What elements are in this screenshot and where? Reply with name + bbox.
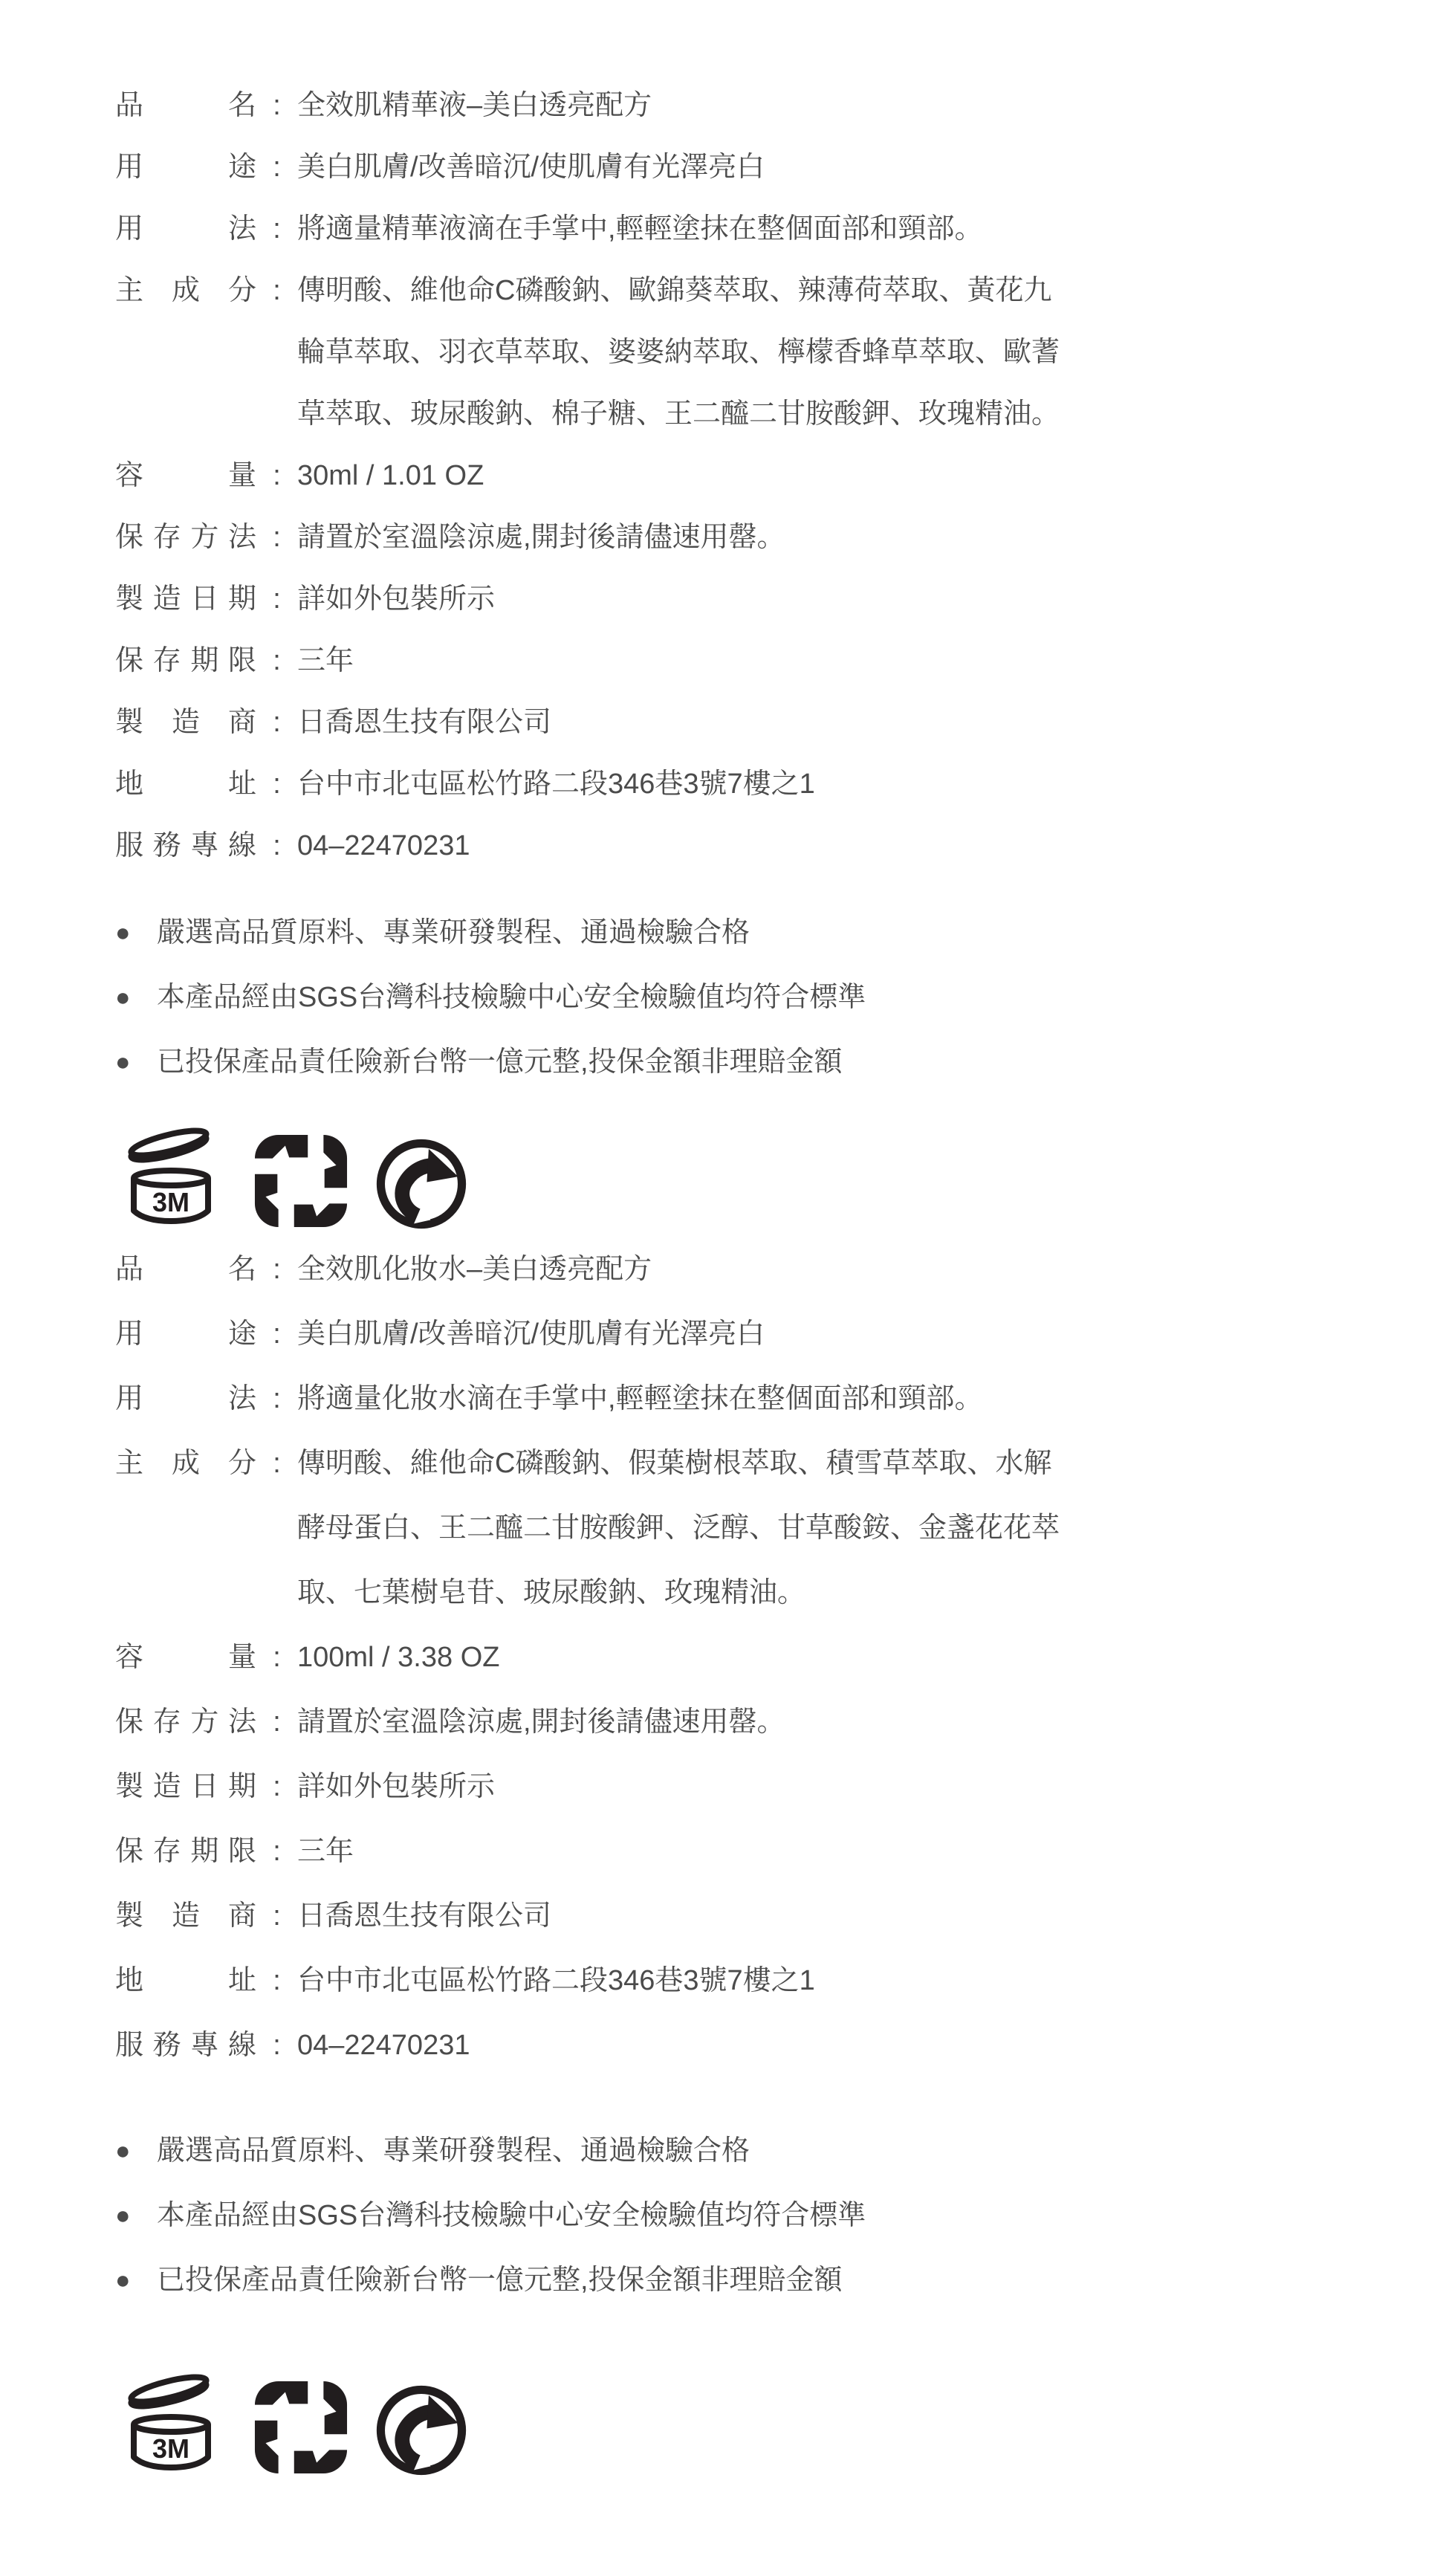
product-section-toner: 品名:全效肌化妝水–美白透亮配方用途:美白肌膚/改善暗沉/使肌膚有光澤亮白用法:…	[115, 1237, 1446, 2476]
colon-separator: :	[256, 815, 297, 877]
field-label: 主成分	[115, 1431, 256, 1496]
bullet-item: ●嚴選高品質原料、專業研發製程、通過檢驗合格	[115, 901, 1446, 965]
field-value: 請置於室溫陰涼處,開封後請儘速用罄。	[297, 507, 1074, 569]
bullet-dot-icon: ●	[115, 1030, 157, 1095]
info-row: 主成分:傳明酸、維他命C磷酸鈉、歐錦葵萃取、辣薄荷萃取、黃花九輪草萃取、羽衣草萃…	[115, 260, 1446, 445]
field-label: 保存方法	[115, 1690, 256, 1755]
field-value: 全效肌化妝水–美白透亮配方	[297, 1237, 1074, 1302]
field-label: 品名	[115, 75, 256, 137]
colon-separator: :	[256, 692, 297, 754]
colon-separator: :	[256, 1690, 297, 1755]
field-value: 詳如外包裝所示	[297, 569, 1074, 630]
bullet-item: ●本產品經由SGS台灣科技檢驗中心安全檢驗值均符合標準	[115, 965, 1446, 1030]
pao-months-label: 3M	[152, 1187, 189, 1217]
info-row: 容量:30ml / 1.01 OZ	[115, 445, 1446, 507]
field-label: 保存方法	[115, 507, 256, 569]
bullet-item: ●本產品經由SGS台灣科技檢驗中心安全檢驗值均符合標準	[115, 2184, 1446, 2248]
colon-separator: :	[256, 2013, 297, 2078]
compliance-icons: 3M	[115, 1124, 1446, 1230]
bullet-text: 嚴選高品質原料、專業研發製程、通過檢驗合格	[157, 2119, 1271, 2184]
bullet-item: ●已投保產品責任險新台幣一億元整,投保金額非理賠金額	[115, 1030, 1446, 1095]
colon-separator: :	[256, 1367, 297, 1431]
info-row: 服務專線:04–22470231	[115, 815, 1446, 877]
field-value: 美白肌膚/改善暗沉/使肌膚有光澤亮白	[297, 137, 1074, 198]
field-label: 保存期限	[115, 630, 256, 692]
field-label: 用途	[115, 137, 256, 198]
period-after-opening-icon: 3M	[115, 2371, 227, 2476]
field-value: 將適量化妝水滴在手掌中,輕輕塗抹在整個面部和頸部。	[297, 1367, 1074, 1431]
field-value: 日喬恩生技有限公司	[297, 692, 1074, 754]
colon-separator: :	[256, 1625, 297, 1690]
colon-separator: :	[256, 569, 297, 630]
info-row: 用法:將適量化妝水滴在手掌中,輕輕塗抹在整個面部和頸部。	[115, 1367, 1446, 1431]
field-label: 地址	[115, 1949, 256, 2013]
field-value: 傳明酸、維他命C磷酸鈉、假葉樹根萃取、積雪草萃取、水解酵母蛋白、王二醯二甘胺酸鉀…	[297, 1431, 1074, 1625]
field-label: 製造日期	[115, 569, 256, 630]
colon-separator: :	[256, 1819, 297, 1884]
colon-separator: :	[256, 1949, 297, 2013]
field-value: 請置於室溫陰涼處,開封後請儘速用罄。	[297, 1690, 1074, 1755]
pao-months-label: 3M	[152, 2433, 189, 2464]
colon-separator: :	[256, 1755, 297, 1819]
field-label: 用法	[115, 1367, 256, 1431]
bullet-dot-icon: ●	[115, 2119, 157, 2184]
quality-bullets: ●嚴選高品質原料、專業研發製程、通過檢驗合格●本產品經由SGS台灣科技檢驗中心安…	[115, 901, 1446, 1095]
info-row: 主成分:傳明酸、維他命C磷酸鈉、假葉樹根萃取、積雪草萃取、水解酵母蛋白、王二醯二…	[115, 1431, 1446, 1625]
product-section-essence: 品名:全效肌精華液–美白透亮配方用途:美白肌膚/改善暗沉/使肌膚有光澤亮白用法:…	[115, 75, 1446, 1230]
info-row: 製造日期:詳如外包裝所示	[115, 1755, 1446, 1819]
colon-separator: :	[256, 445, 297, 507]
info-row: 地址:台中市北屯區松竹路二段346巷3號7樓之1	[115, 754, 1446, 815]
compliance-icons: 3M	[115, 2371, 1446, 2476]
info-row: 製造商:日喬恩生技有限公司	[115, 1884, 1446, 1949]
field-value: 台中市北屯區松竹路二段346巷3號7樓之1	[297, 1949, 1074, 2013]
field-value: 詳如外包裝所示	[297, 1755, 1074, 1819]
colon-separator: :	[256, 1884, 297, 1949]
field-label: 容量	[115, 445, 256, 507]
info-row: 地址:台中市北屯區松竹路二段346巷3號7樓之1	[115, 1949, 1446, 2013]
bullet-dot-icon: ●	[115, 2184, 157, 2248]
info-row: 用法:將適量精華液滴在手掌中,輕輕塗抹在整個面部和頸部。	[115, 198, 1446, 260]
info-rows: 品名:全效肌化妝水–美白透亮配方用途:美白肌膚/改善暗沉/使肌膚有光澤亮白用法:…	[115, 1237, 1446, 2078]
bullet-text: 嚴選高品質原料、專業研發製程、通過檢驗合格	[157, 901, 1271, 965]
field-value: 04–22470231	[297, 2013, 1074, 2078]
field-label: 用途	[115, 1302, 256, 1367]
info-row: 製造日期:詳如外包裝所示	[115, 569, 1446, 630]
colon-separator: :	[256, 137, 297, 198]
field-label: 主成分	[115, 260, 256, 322]
field-label: 用法	[115, 198, 256, 260]
info-row: 品名:全效肌精華液–美白透亮配方	[115, 75, 1446, 137]
field-label: 容量	[115, 1625, 256, 1690]
info-rows: 品名:全效肌精華液–美白透亮配方用途:美白肌膚/改善暗沉/使肌膚有光澤亮白用法:…	[115, 75, 1446, 877]
info-row: 製造商:日喬恩生技有限公司	[115, 692, 1446, 754]
quality-bullets: ●嚴選高品質原料、專業研發製程、通過檢驗合格●本產品經由SGS台灣科技檢驗中心安…	[115, 2119, 1446, 2313]
label-document: 品名:全效肌精華液–美白透亮配方用途:美白肌膚/改善暗沉/使肌膚有光澤亮白用法:…	[0, 0, 1446, 2476]
green-dot-icon	[375, 2384, 467, 2476]
field-label: 品名	[115, 1237, 256, 1302]
field-label: 服務專線	[115, 2013, 256, 2078]
info-row: 品名:全效肌化妝水–美白透亮配方	[115, 1237, 1446, 1302]
colon-separator: :	[256, 75, 297, 137]
bullet-text: 已投保產品責任險新台幣一億元整,投保金額非理賠金額	[157, 2248, 1271, 2313]
info-row: 用途:美白肌膚/改善暗沉/使肌膚有光澤亮白	[115, 1302, 1446, 1367]
colon-separator: :	[256, 1302, 297, 1367]
field-value: 三年	[297, 1819, 1074, 1884]
colon-separator: :	[256, 1237, 297, 1302]
info-row: 服務專線:04–22470231	[115, 2013, 1446, 2078]
field-label: 地址	[115, 754, 256, 815]
field-value: 30ml / 1.01 OZ	[297, 445, 1074, 507]
field-label: 製造商	[115, 1884, 256, 1949]
field-label: 服務專線	[115, 815, 256, 877]
bullet-text: 本產品經由SGS台灣科技檢驗中心安全檢驗值均符合標準	[157, 2184, 1271, 2248]
info-row: 保存期限:三年	[115, 1819, 1446, 1884]
colon-separator: :	[256, 198, 297, 260]
bullet-dot-icon: ●	[115, 2248, 157, 2313]
colon-separator: :	[256, 754, 297, 815]
field-value: 傳明酸、維他命C磷酸鈉、歐錦葵萃取、辣薄荷萃取、黃花九輪草萃取、羽衣草萃取、婆婆…	[297, 260, 1074, 445]
info-row: 保存期限:三年	[115, 630, 1446, 692]
info-row: 保存方法:請置於室溫陰涼處,開封後請儘速用罄。	[115, 507, 1446, 569]
colon-separator: :	[256, 630, 297, 692]
field-value: 04–22470231	[297, 815, 1074, 877]
colon-separator: :	[256, 260, 297, 322]
field-value: 100ml / 3.38 OZ	[297, 1625, 1074, 1690]
field-value: 美白肌膚/改善暗沉/使肌膚有光澤亮白	[297, 1302, 1074, 1367]
field-label: 保存期限	[115, 1819, 256, 1884]
bullet-text: 本產品經由SGS台灣科技檢驗中心安全檢驗值均符合標準	[157, 965, 1271, 1030]
bullet-item: ●嚴選高品質原料、專業研發製程、通過檢驗合格	[115, 2119, 1446, 2184]
bullet-item: ●已投保產品責任險新台幣一億元整,投保金額非理賠金額	[115, 2248, 1446, 2313]
info-row: 保存方法:請置於室溫陰涼處,開封後請儘速用罄。	[115, 1690, 1446, 1755]
colon-separator: :	[256, 507, 297, 569]
field-label: 製造日期	[115, 1755, 256, 1819]
field-value: 日喬恩生技有限公司	[297, 1884, 1074, 1949]
recycling-icon	[252, 1132, 350, 1230]
recycling-icon	[252, 2378, 350, 2476]
colon-separator: :	[256, 1431, 297, 1496]
field-label: 製造商	[115, 692, 256, 754]
bullet-text: 已投保產品責任險新台幣一億元整,投保金額非理賠金額	[157, 1030, 1271, 1095]
field-value: 三年	[297, 630, 1074, 692]
bullet-dot-icon: ●	[115, 965, 157, 1030]
bullet-dot-icon: ●	[115, 901, 157, 965]
field-value: 全效肌精華液–美白透亮配方	[297, 75, 1074, 137]
field-value: 台中市北屯區松竹路二段346巷3號7樓之1	[297, 754, 1074, 815]
info-row: 用途:美白肌膚/改善暗沉/使肌膚有光澤亮白	[115, 137, 1446, 198]
green-dot-icon	[375, 1138, 467, 1230]
info-row: 容量:100ml / 3.38 OZ	[115, 1625, 1446, 1690]
period-after-opening-icon: 3M	[115, 1124, 227, 1230]
field-value: 將適量精華液滴在手掌中,輕輕塗抹在整個面部和頸部。	[297, 198, 1074, 260]
